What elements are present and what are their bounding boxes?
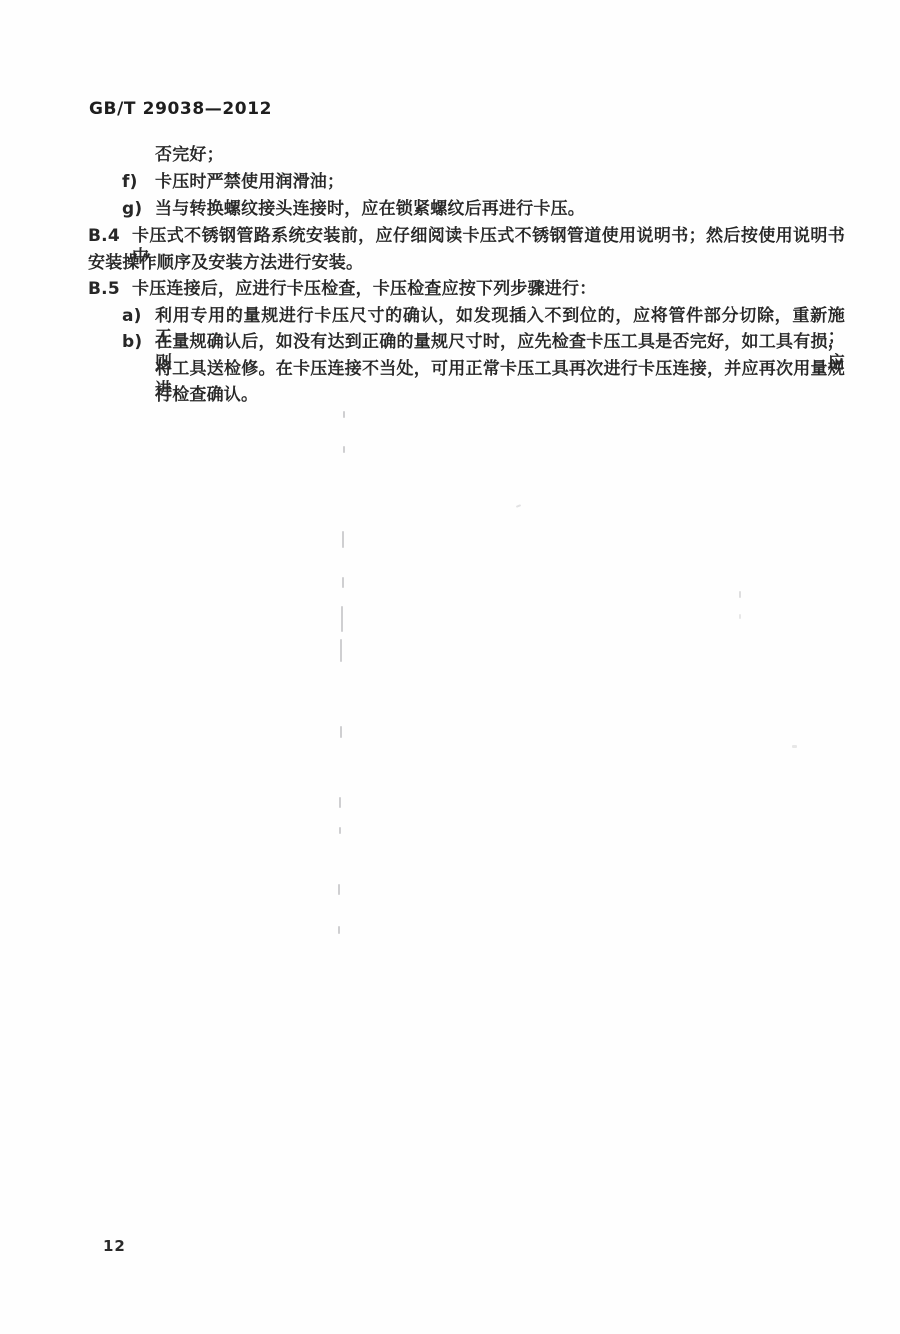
clause-b5-line: B.5 卡压连接后，应进行卡压检查，卡压检查应按下列步骤进行：: [88, 279, 596, 300]
body-text: 当与转换螺纹接头连接时，应在锁紧螺纹后再进行卡压。: [155, 199, 585, 220]
body-text: 否完好；: [155, 145, 224, 166]
text-line-continuation: 否完好；: [155, 145, 224, 166]
body-text: 安装操作顺序及安装方法进行安装。: [88, 253, 363, 274]
body-text: 行检查确认。: [155, 385, 258, 406]
page-number: 12: [103, 1237, 126, 1255]
scan-artifact-dash: [341, 606, 343, 632]
list-item-g: g) 当与转换螺纹接头连接时，应在锁紧螺纹后再进行卡压。: [122, 199, 585, 220]
list-item-b-line3: 行检查确认。: [155, 385, 258, 406]
scan-artifact-dash: [342, 577, 344, 588]
scan-artifact-dash: [343, 411, 345, 418]
scan-artifact-dash: [342, 531, 344, 548]
scan-artifact-dash: [339, 827, 341, 834]
clause-label: B.5: [88, 279, 132, 300]
body-text: 将工具送检修。在卡压连接不当处，可用正常卡压工具再次进行卡压连接，并应再次用量规…: [155, 359, 845, 401]
standard-number-header: GB/T 29038—2012: [89, 99, 272, 119]
scan-artifact-dash: [338, 884, 340, 895]
scan-artifact-dash: [340, 639, 342, 662]
scan-artifact-dash: [340, 726, 342, 738]
clause-b4-line2: 安装操作顺序及安装方法进行安装。: [88, 253, 363, 274]
document-page: GB/T 29038—2012 否完好； f) 卡压时严禁使用润滑油； g) 当…: [0, 0, 900, 1334]
scan-artifact-dash: [343, 446, 345, 453]
scan-artifact-speck: [516, 504, 521, 508]
body-text: 卡压连接后，应进行卡压检查，卡压检查应按下列步骤进行：: [132, 279, 596, 300]
scan-artifact-dash: [338, 926, 340, 934]
list-item-b-line2: 将工具送检修。在卡压连接不当处，可用正常卡压工具再次进行卡压连接，并应再次用量规…: [155, 359, 845, 401]
scan-artifact-speck: [792, 745, 797, 748]
scan-artifact-dash: [339, 797, 341, 808]
scan-artifact-speck: [739, 591, 741, 598]
scan-artifact-speck: [739, 614, 741, 619]
body-text: 卡压时严禁使用润滑油；: [155, 172, 344, 193]
list-label: f): [122, 172, 155, 193]
list-item-f: f) 卡压时严禁使用润滑油；: [122, 172, 344, 193]
list-label: g): [122, 199, 155, 220]
list-label: b): [122, 332, 155, 374]
